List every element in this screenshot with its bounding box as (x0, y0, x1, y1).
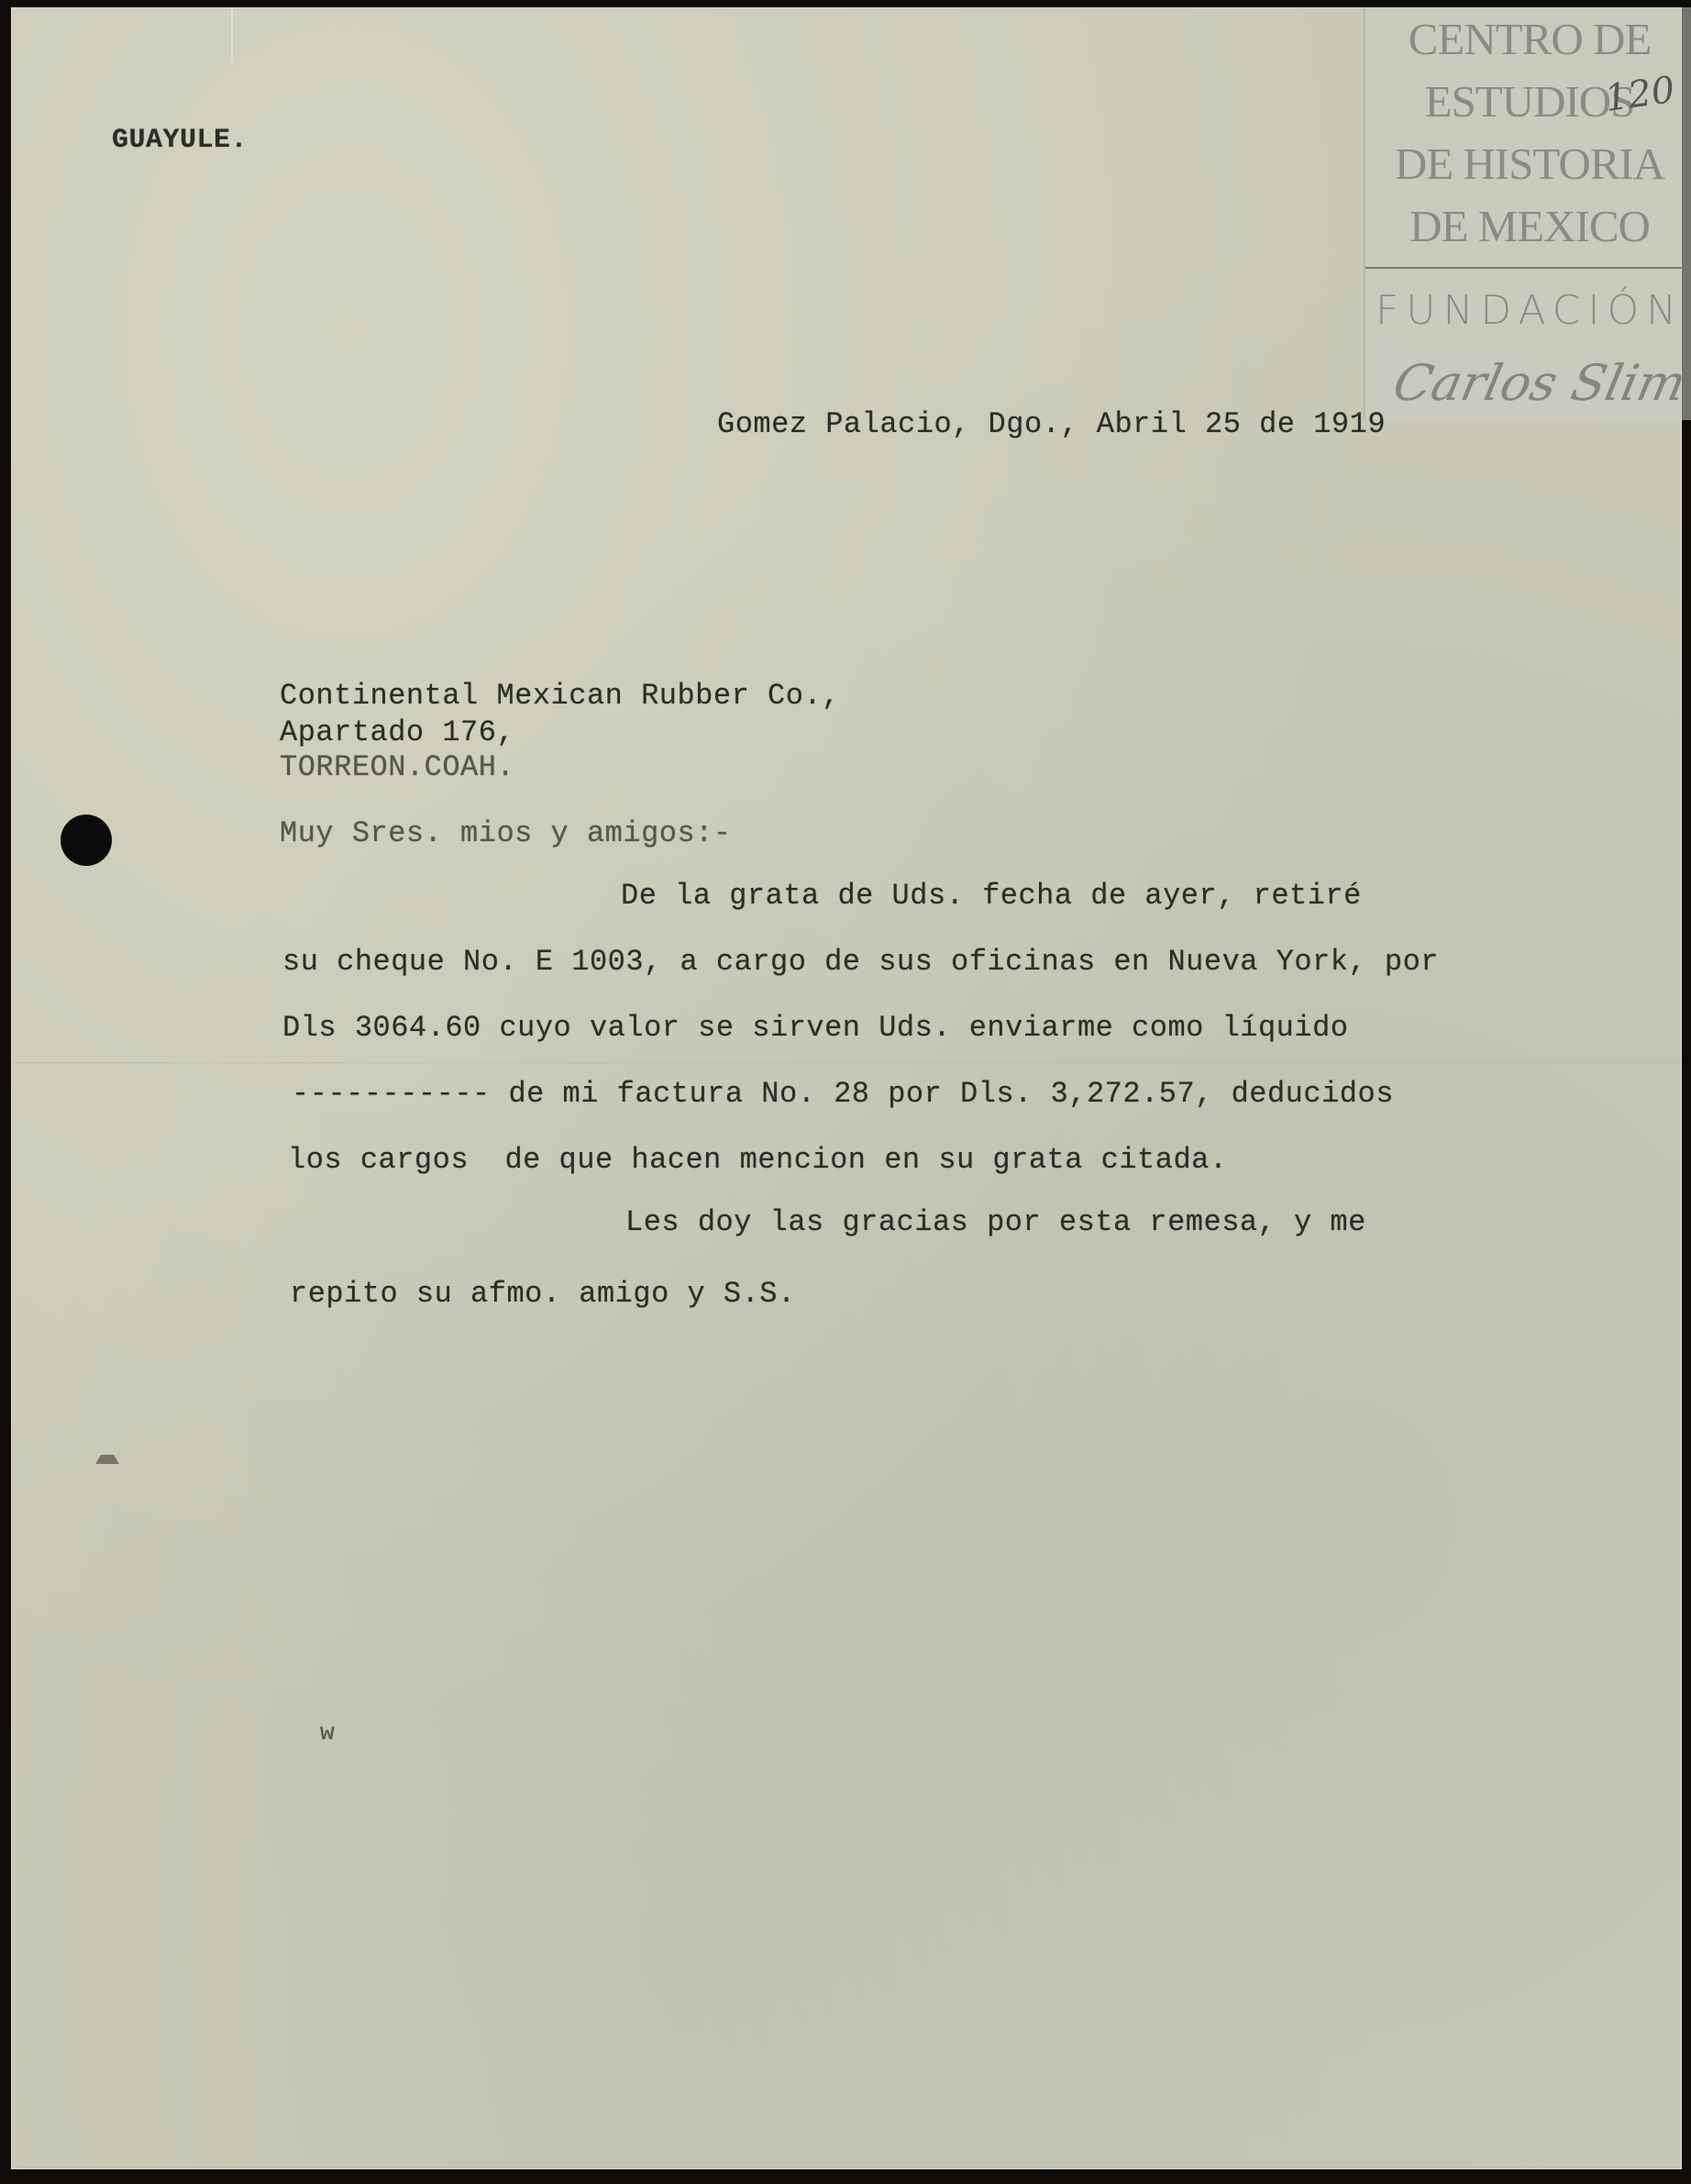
punch-hole (61, 815, 112, 866)
body-line-3: Dls 3064.60 cuyo valor se sirven Uds. en… (282, 1011, 1348, 1045)
stamp-line-4: DE MEXICO (1365, 204, 1691, 249)
stamp-line-1: CENTRO DE (1365, 17, 1691, 61)
fold-line (11, 1062, 1682, 1063)
recipient-line-2: Apartado 176, (280, 715, 514, 749)
body-line-2: su cheque No. E 1003, a cargo de sus ofi… (282, 945, 1439, 979)
subject-heading: GUAYULE. (112, 125, 248, 156)
paper-tear-mark (95, 1446, 119, 1464)
place-date: Gomez Palacio, Dgo., Abril 25 de 1919 (717, 407, 1386, 441)
stamp-foundation: FUNDACIÓN (1365, 287, 1691, 334)
body-line-6: Les doy las gracias por esta remesa, y m… (625, 1205, 1366, 1239)
stamp-divider (1365, 267, 1691, 269)
stamp-signature: Carlos Slim (1377, 354, 1691, 412)
body-line-4: ----------- de mi factura No. 28 por Dls… (292, 1077, 1394, 1111)
body-line-1: De la grata de Uds. fecha de ayer, retir… (621, 879, 1362, 913)
recipient-line-3: TORREON.COAH. (280, 750, 514, 784)
typist-initial: w (320, 1719, 335, 1746)
paper-crease (231, 7, 233, 62)
archive-stamp: CENTRO DE ESTUDIOS DE HISTORIA DE MEXICO… (1364, 7, 1691, 420)
body-line-5: los cargos de que hacen mencion en su gr… (288, 1143, 1228, 1177)
stamp-line-3: DE HISTORIA (1365, 141, 1691, 186)
recipient-line-1: Continental Mexican Rubber Co., (280, 679, 840, 713)
letter-page: CENTRO DE ESTUDIOS DE HISTORIA DE MEXICO… (11, 7, 1682, 2169)
salutation: Muy Sres. mios y amigos:- (280, 816, 732, 850)
closing-line: repito su afmo. amigo y S.S. (290, 1277, 796, 1311)
